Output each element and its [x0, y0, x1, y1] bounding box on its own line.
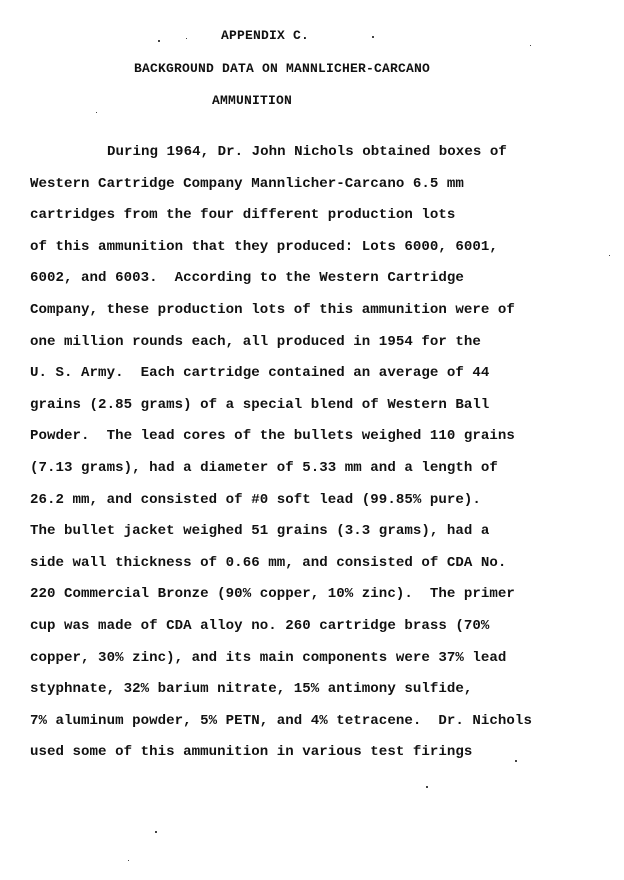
body-line: 220 Commercial Bronze (90% copper, 10% z…	[30, 579, 610, 611]
body-line: 26.2 mm, and consisted of #0 soft lead (…	[30, 485, 610, 517]
title-line-1: BACKGROUND DATA ON MANNLICHER-CARCANO	[134, 61, 430, 77]
body-line: 6002, and 6003. According to the Western…	[30, 263, 610, 295]
body-line: U. S. Army. Each cartridge contained an …	[30, 358, 610, 390]
body-line: 7% aluminum powder, 5% PETN, and 4% tetr…	[30, 706, 610, 738]
body-line: copper, 30% zinc), and its main componen…	[30, 643, 610, 675]
body-line: cartridges from the four different produ…	[30, 200, 610, 232]
body-line: used some of this ammunition in various …	[30, 737, 610, 769]
scan-speck	[158, 40, 160, 42]
appendix-label: APPENDIX C.	[221, 28, 309, 44]
body-line: cup was made of CDA alloy no. 260 cartri…	[30, 611, 610, 643]
scan-speck	[530, 45, 531, 46]
scan-speck	[96, 112, 97, 113]
body-line: Powder. The lead cores of the bullets we…	[30, 421, 610, 453]
scan-speck	[186, 38, 187, 39]
body-line: During 1964, Dr. John Nichols obtained b…	[30, 137, 610, 169]
body-paragraph: During 1964, Dr. John Nichols obtained b…	[30, 137, 610, 769]
body-line: (7.13 grams), had a diameter of 5.33 mm …	[30, 453, 610, 485]
body-line: one million rounds each, all produced in…	[30, 327, 610, 359]
body-line: Company, these production lots of this a…	[30, 295, 610, 327]
title-line-2: AMMUNITION	[212, 93, 292, 109]
scan-speck	[155, 831, 157, 833]
body-line: styphnate, 32% barium nitrate, 15% antim…	[30, 674, 610, 706]
body-line: side wall thickness of 0.66 mm, and cons…	[30, 548, 610, 580]
body-line: of this ammunition that they produced: L…	[30, 232, 610, 264]
body-line: Western Cartridge Company Mannlicher-Car…	[30, 169, 610, 201]
body-line: The bullet jacket weighed 51 grains (3.3…	[30, 516, 610, 548]
scan-speck	[515, 760, 517, 762]
body-line: grains (2.85 grams) of a special blend o…	[30, 390, 610, 422]
scan-speck	[128, 860, 129, 861]
scan-speck	[372, 36, 374, 38]
document-page: APPENDIX C. BACKGROUND DATA ON MANNLICHE…	[0, 0, 624, 880]
scan-speck	[426, 786, 428, 788]
scan-speck	[609, 255, 610, 256]
